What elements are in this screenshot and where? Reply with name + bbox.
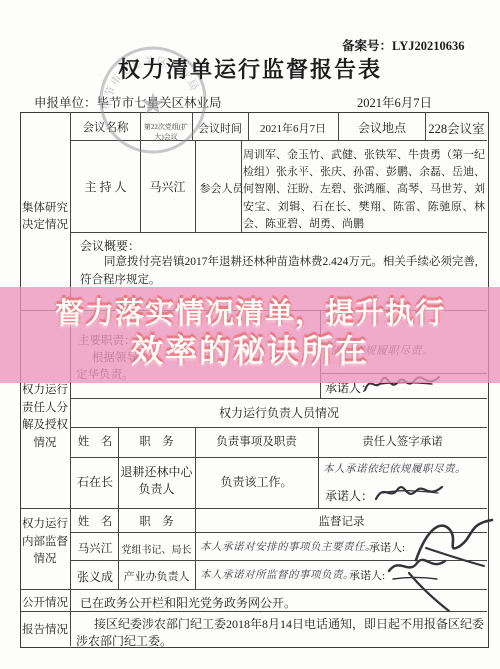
- declare-unit: 申报单位：毕节市七星关区林业局: [34, 93, 222, 111]
- table-divider: [20, 508, 487, 509]
- filing-value: LYJ20210636: [392, 39, 464, 53]
- row-duty: 负责该工作。: [195, 473, 318, 490]
- int-row1-title: 党组书记、局长: [118, 541, 195, 556]
- meeting-time-value: 2021年6月7日: [250, 120, 336, 136]
- attendees-value: 周训军、金玉竹、武健、张铁军、牛贵勇（第一纪检组）张永平、张庆、孙雷、彭鹏、余磊…: [243, 147, 485, 233]
- filing-number: 备案号：LYJ20210636: [342, 36, 464, 54]
- table-divider: [70, 140, 487, 141]
- section-label-decompose: 权力运行责任人分解及授权情况: [20, 382, 70, 452]
- declare-label: 申报单位：: [34, 96, 97, 110]
- publicity-text: 已在政务公开栏和阳光党务政务网公开。: [80, 594, 296, 611]
- promiser-label-2: 承诺人：: [325, 487, 373, 504]
- row-title: 退耕还林中心负责人: [118, 464, 195, 497]
- table-divider: [425, 112, 426, 140]
- promo-overlay-line2: 效率的秘诀所在: [0, 326, 500, 372]
- table-divider: [70, 398, 487, 399]
- section-label-publicity: 公开情况: [20, 594, 70, 610]
- meeting-name-value: 第22次党组(扩大)会议: [141, 122, 191, 142]
- table-divider: [338, 112, 339, 140]
- th-title: 职 务: [118, 433, 195, 449]
- int-row1-record: 本人承诺对安排的事项负主要责任。: [200, 539, 376, 554]
- th-sign: 责任人签字承诺: [318, 433, 487, 449]
- int-row2-title: 产业办负责人: [118, 568, 195, 584]
- int-th-title: 职 务: [118, 513, 195, 529]
- meeting-place-value: 228会议室: [427, 119, 486, 137]
- attendees-label: 参会人员: [196, 180, 247, 196]
- int-row1-name: 马兴江: [72, 540, 118, 556]
- th-duty: 负责事项及职责: [195, 433, 318, 449]
- meeting-time-label: 会议时间: [193, 120, 247, 136]
- form-title: 权力清单运行监督报告表: [0, 53, 500, 84]
- declare-value: 毕节市七星关区林业局: [97, 96, 222, 110]
- int-row2-promiser: 承诺人:: [349, 567, 385, 583]
- table-divider: [70, 457, 487, 458]
- signature-zhangyicheng: [383, 553, 457, 615]
- host-value: 马兴江: [141, 178, 194, 195]
- int-row2-name: 张义成: [72, 568, 118, 585]
- section-label-report: 报告情况: [20, 621, 70, 637]
- row-name: 石在长: [72, 473, 118, 490]
- scanned-report-page: 备案号：LYJ20210636 毕节市七星关区林业局 ★ 权力清单运行监督报告表…: [0, 0, 500, 669]
- summary-label: 会议概要：: [80, 237, 140, 254]
- row-promise-handwriting: 本人承诺依纪依规履职尽责。: [323, 461, 466, 476]
- int-th-name: 姓 名: [72, 513, 118, 529]
- meeting-name-label: 会议名称: [72, 119, 139, 135]
- report-date: 2021年6月7日: [357, 93, 432, 111]
- signature-shizaichang: [372, 479, 446, 505]
- summary-text: 同意拨付亮岩镇2017年退耕还林种苗造林费2.424万元。相关手续必须完善,符合…: [80, 254, 484, 289]
- th-name: 姓 名: [72, 433, 118, 449]
- filing-label: 备案号：: [342, 39, 392, 53]
- subheader-responsible: 权力运行负责人员情况: [72, 404, 486, 421]
- section-label-internal: 权力运行内部监督情况: [20, 516, 70, 569]
- report-text: 接区纪委涉农部门纪工委2018年8月14日电话通知，即日起不用报备区纪委涉农部门…: [76, 616, 484, 649]
- section-label-collective: 集体研究决定情况: [20, 200, 70, 234]
- table-divider: [248, 112, 249, 140]
- meeting-place-label: 会议地点: [340, 119, 424, 136]
- int-row2-record: 本人承诺对所监督的事项负责。: [200, 567, 354, 582]
- host-label: 主 持 人: [72, 178, 139, 195]
- table-divider: [70, 427, 487, 428]
